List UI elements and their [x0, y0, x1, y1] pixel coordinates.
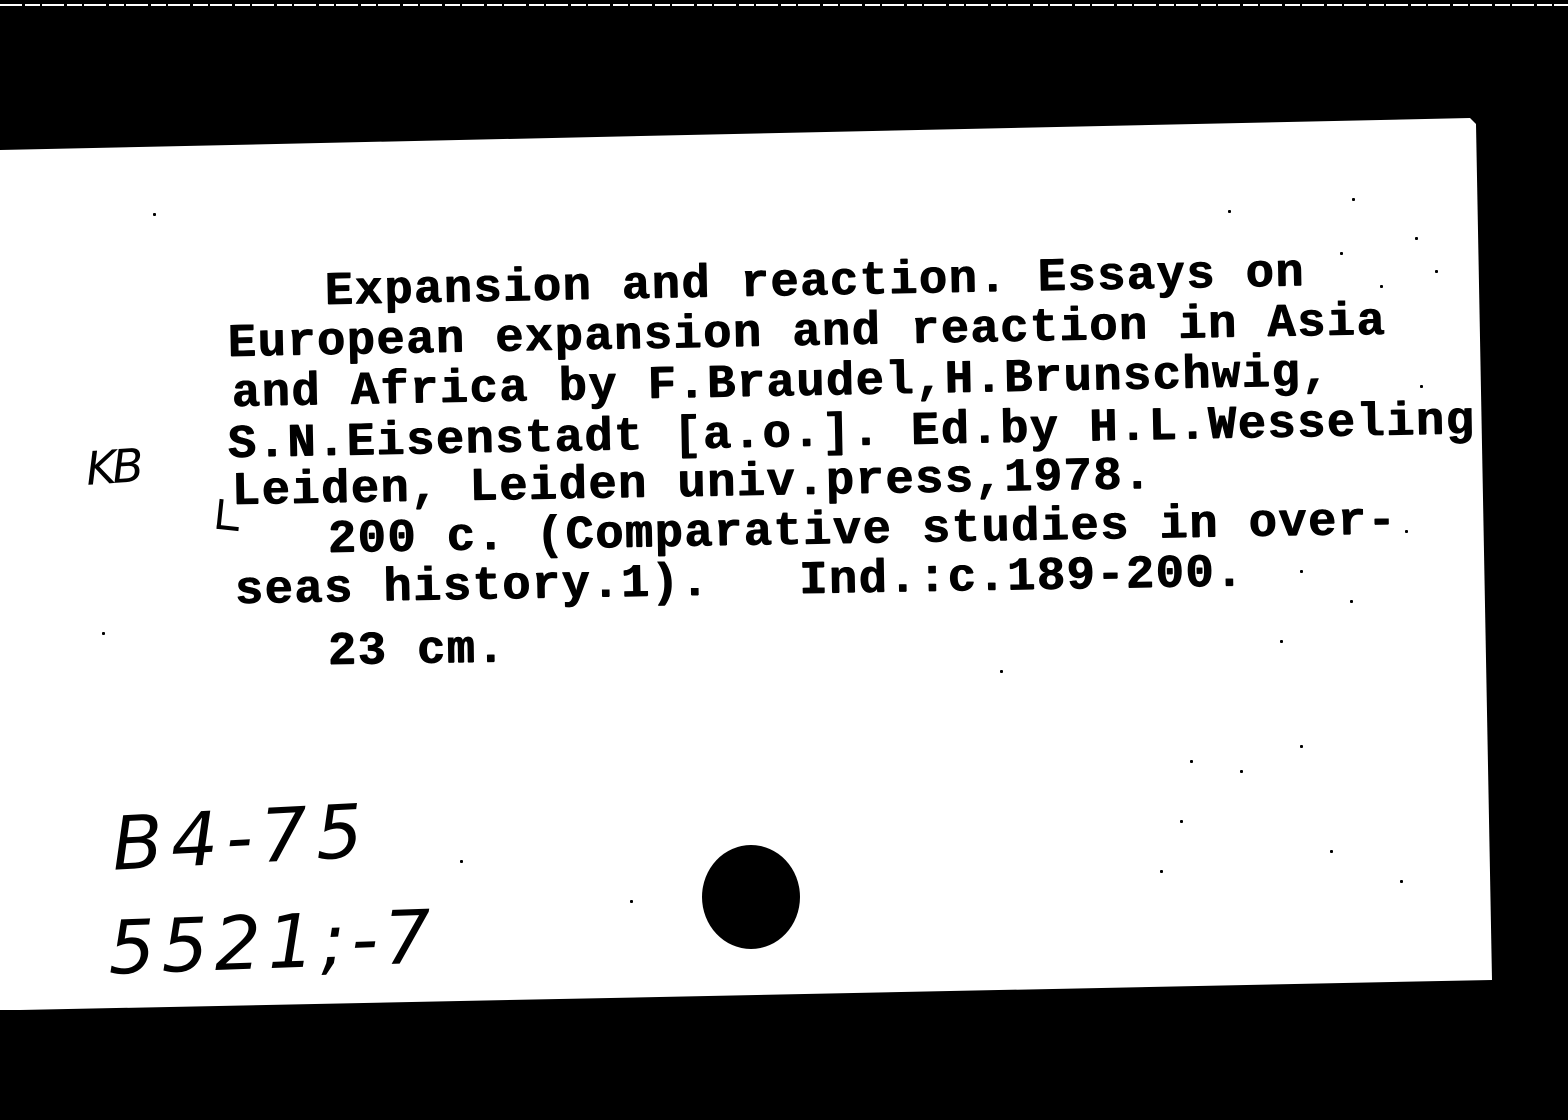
dust-speck	[1415, 237, 1418, 240]
dust-speck	[1040, 460, 1043, 463]
dust-speck	[1180, 820, 1183, 823]
card-punch-hole	[702, 845, 800, 949]
scanned-card-image: Expansion and reaction. Essays on Europe…	[0, 0, 1568, 1120]
dust-speck	[1160, 870, 1163, 873]
catalog-card: Expansion and reaction. Essays on Europe…	[0, 0, 1568, 1120]
handwritten-shelf-mark-1: B4-75	[110, 788, 373, 887]
dust-speck	[1300, 570, 1303, 573]
dust-speck	[1352, 198, 1355, 201]
dust-speck	[1400, 880, 1403, 883]
dust-speck	[1405, 530, 1408, 533]
dust-speck	[1000, 670, 1003, 673]
dust-speck	[1340, 252, 1343, 255]
dust-speck	[460, 860, 463, 863]
dust-speck	[1330, 850, 1333, 853]
dust-speck	[1435, 270, 1438, 273]
dust-speck	[1300, 745, 1303, 748]
dust-speck	[1280, 640, 1283, 643]
scan-artifact-line	[0, 4, 1568, 6]
typed-dimensions-line: 23 cm.	[328, 626, 507, 678]
handwritten-margin-mark: KB	[84, 438, 141, 496]
dust-speck	[1228, 210, 1231, 213]
handwritten-bracket-mark	[216, 499, 241, 531]
handwritten-shelf-mark-2: 5521;-7	[107, 894, 439, 991]
dust-speck	[1420, 385, 1423, 388]
dust-speck	[1380, 285, 1383, 288]
dust-speck	[153, 213, 156, 216]
dust-speck	[1240, 770, 1243, 773]
dust-speck	[1350, 600, 1353, 603]
dust-speck	[1190, 760, 1193, 763]
dust-speck	[102, 632, 105, 635]
dust-speck	[630, 900, 633, 903]
